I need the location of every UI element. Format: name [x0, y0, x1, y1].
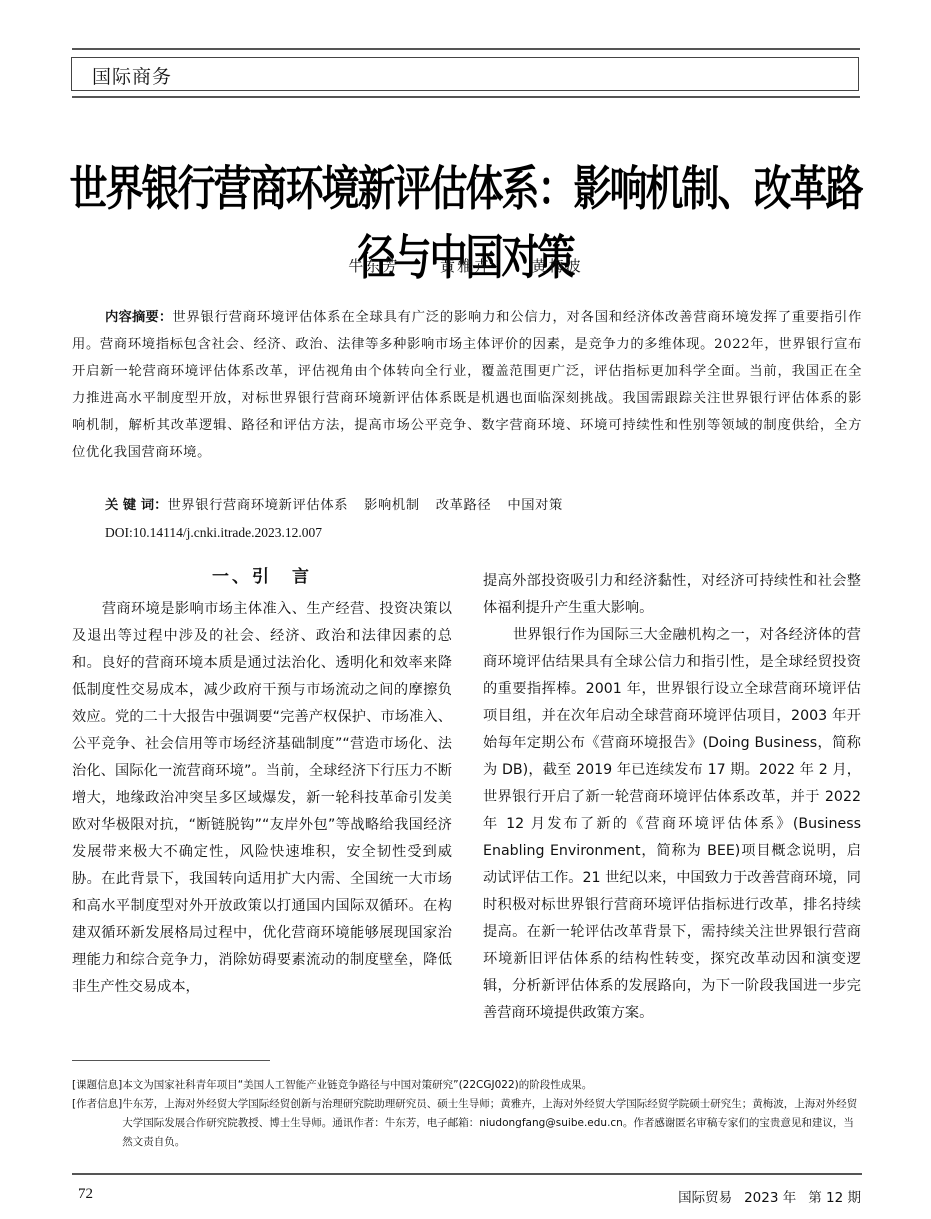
footer-rule [72, 1173, 862, 1175]
journal-info: 国际贸易2023 年第 12 期 [666, 1186, 861, 1206]
abstract-label: 内容摘要： [105, 310, 172, 325]
footnote-tag: [作者信息] [72, 1095, 122, 1152]
keywords: 关 键 词：世界银行营商环境新评估体系影响机制改革路径中国对策 [105, 492, 865, 519]
body-paragraph: 世界银行作为国际三大金融机构之一，对各经济体的营商环境评估结果具有全球公信力和指… [483, 622, 861, 1027]
footnote-text: 牛东芳，上海对外经贸大学国际经贸创新与治理研究院助理研究员、硕士生导师；黄雅卉，… [122, 1095, 862, 1152]
section-heading: 一、引 言 [72, 562, 452, 587]
doi[interactable]: DOI:10.14114/j.cnki.itrade.2023.12.007 [105, 519, 805, 546]
page-number: 72 [78, 1186, 93, 1203]
author-name: 黄梅波 [532, 257, 583, 275]
footnote-authors: [作者信息] 牛东芳，上海对外经贸大学国际经贸创新与治理研究院助理研究员、硕士生… [72, 1095, 862, 1152]
keyword: 影响机制 [364, 498, 420, 513]
author-list: 牛东芳 黄雅卉 黄梅波 [0, 255, 931, 276]
footnotes: [课题信息] 本文为国家社科青年项目“美国人工智能产业链竞争路径与中国对策研究”… [72, 1076, 862, 1152]
body-column-right: 提高外部投资吸引力和经济黏性，对经济可持续性和社会整体福利提升产生重大影响。 世… [483, 568, 861, 1027]
body-paragraph: 营商环境是影响市场主体准入、生产经营、投资决策以及退出等过程中涉及的社会、经济、… [72, 596, 452, 1001]
section-header-label: 国际商务 [92, 62, 172, 89]
keyword: 改革路径 [436, 498, 492, 513]
footnote-text: 本文为国家社科青年项目“美国人工智能产业链竞争路径与中国对策研究”(22CGJ0… [122, 1076, 862, 1095]
journal-year: 2023 年 [744, 1190, 796, 1206]
author-name: 黄雅卉 [440, 257, 491, 275]
keywords-label: 关 键 词： [105, 498, 167, 513]
footnote-separator [72, 1060, 270, 1061]
author-name: 牛东芳 [348, 257, 399, 275]
footnote-funding: [课题信息] 本文为国家社科青年项目“美国人工智能产业链竞争路径与中国对策研究”… [72, 1076, 862, 1095]
abstract-text: 世界银行营商环境评估体系在全球具有广泛的影响力和公信力，对各国和经济体改善营商环… [72, 310, 862, 460]
journal-name: 国际贸易 [678, 1190, 732, 1206]
header-bottom-rule [72, 96, 860, 98]
keyword: 世界银行营商环境新评估体系 [167, 498, 348, 513]
journal-issue: 第 12 期 [808, 1190, 861, 1206]
header-top-rule [72, 48, 860, 50]
body-paragraph-continuation: 提高外部投资吸引力和经济黏性，对经济可持续性和社会整体福利提升产生重大影响。 [483, 568, 861, 622]
footnote-tag: [课题信息] [72, 1076, 122, 1095]
abstract: 内容摘要：世界银行营商环境评估体系在全球具有广泛的影响力和公信力，对各国和经济体… [72, 304, 862, 466]
keyword: 中国对策 [507, 498, 563, 513]
section-header-box: 国际商务 [71, 57, 859, 91]
body-column-left: 营商环境是影响市场主体准入、生产经营、投资决策以及退出等过程中涉及的社会、经济、… [72, 596, 452, 1001]
